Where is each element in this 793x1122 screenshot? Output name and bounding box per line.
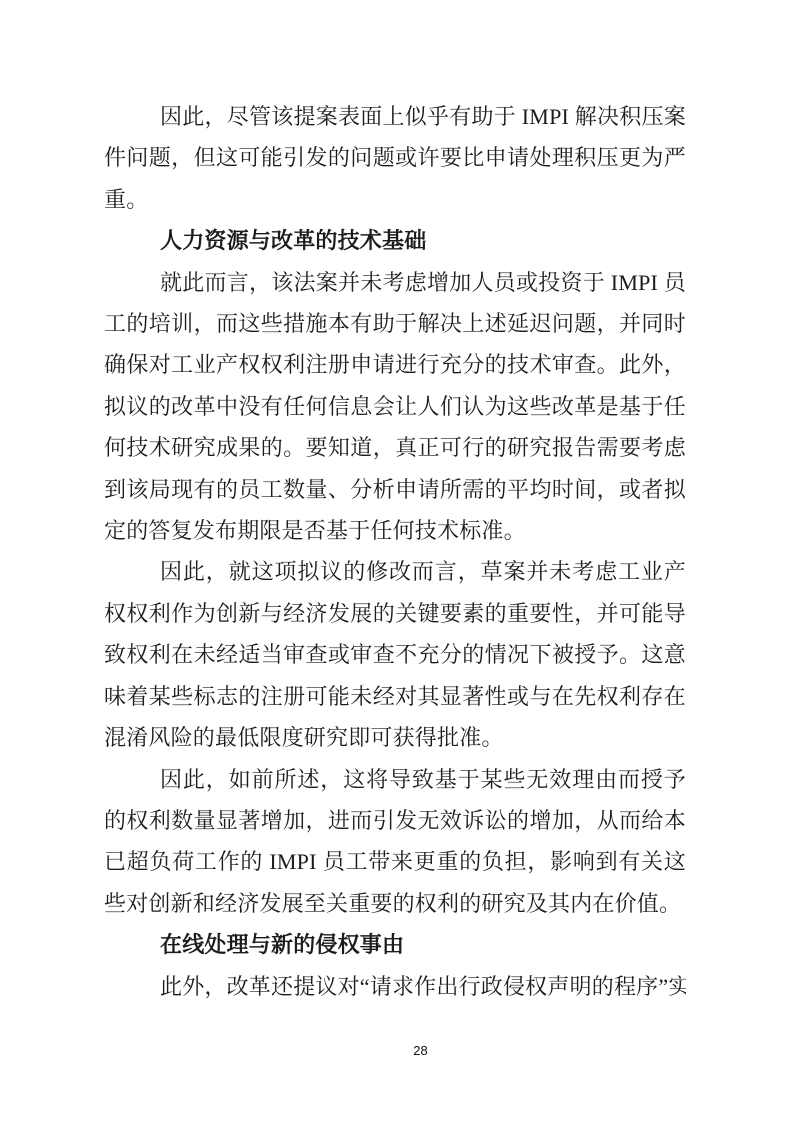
paragraph-infringement-procedure: 此外，改革还提议对“请求作出行政侵权声明的程序”实 xyxy=(104,966,686,1007)
document-page: 因此，尽管该提案表面上似乎有助于 IMPI 解决积压案件问题，但这可能引发的问题… xyxy=(0,0,793,1122)
paragraph-draft-importance: 因此，就这项拟议的修改而言，草案并未考虑工业产权权利作为创新与经济发展的关键要素… xyxy=(104,551,686,758)
paragraph-proposal-backlog: 因此，尽管该提案表面上似乎有助于 IMPI 解决积压案件问题，但这可能引发的问题… xyxy=(104,96,686,220)
page-footer: 28 xyxy=(0,1042,793,1060)
section-heading-human-resources: 人力资源与改革的技术基础 xyxy=(104,220,686,261)
paragraph-invalid-rights-increase: 因此，如前所述，这将导致基于某些无效理由而授予的权利数量显著增加，进而引发无效诉… xyxy=(104,759,686,925)
section-heading-online-processing: 在线处理与新的侵权事由 xyxy=(104,924,686,965)
paragraph-staffing-training: 就此而言，该法案并未考虑增加人员或投资于 IMPI 员工的培训，而这些措施本有助… xyxy=(104,262,686,552)
page-body: 因此，尽管该提案表面上似乎有助于 IMPI 解决积压案件问题，但这可能引发的问题… xyxy=(104,96,686,1007)
page-number: 28 xyxy=(413,1042,427,1060)
